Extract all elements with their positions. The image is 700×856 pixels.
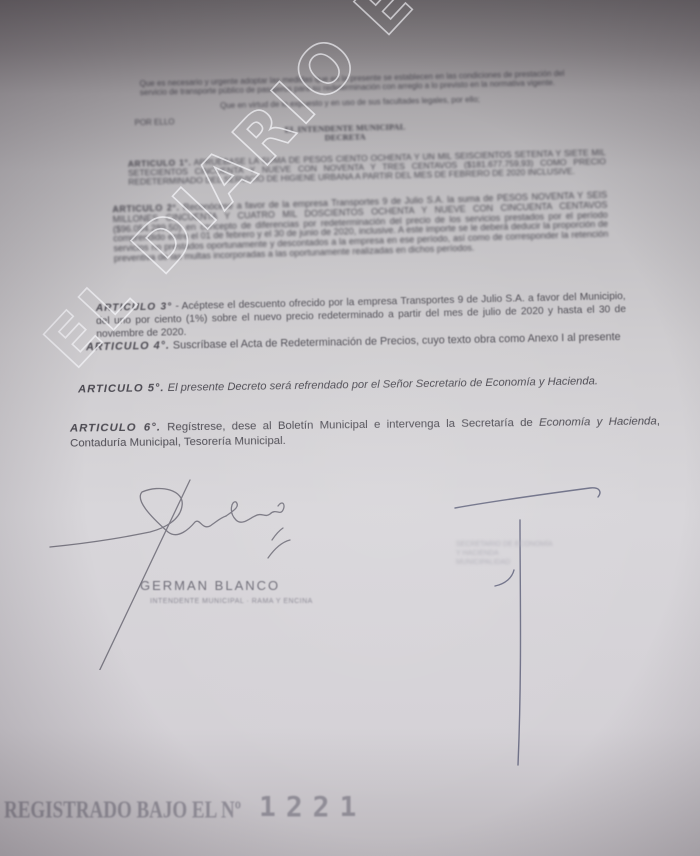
document-page: Que es necesario y urgente adoptar las m…: [0, 0, 700, 856]
article-6: ARTICULO 6°. Regístrese, dese al Boletín…: [70, 414, 660, 450]
stamp-line-1: Secretario de Economía: [456, 540, 606, 549]
article-6-text-b: Economía y Hacienda: [539, 415, 657, 428]
registry-stamp: REGISTRADO BAJO EL Nº1221: [4, 790, 366, 823]
stamp-secretary: Secretario de Economía y Hacienda Munici…: [456, 540, 606, 567]
registry-number: 1221: [259, 790, 366, 823]
article-5-text: El presente Decreto será refrendado por …: [164, 375, 598, 394]
registry-label: REGISTRADO BAJO EL Nº: [4, 797, 241, 825]
stamp-line-2: y Hacienda: [456, 549, 606, 558]
signer-name: GERMAN BLANCO: [140, 578, 280, 593]
signer-title: Intendente Municipal · Rama y Encina: [150, 598, 313, 605]
stamp-line-3: Municipalidad: [456, 558, 606, 567]
article-6-text-a: Regístrese, dese al Boletín Municipal e …: [161, 417, 539, 434]
signature-left-icon: [40, 470, 360, 670]
article-5: ARTICULO 5°. El presente Decreto será re…: [78, 374, 648, 397]
article-5-label: ARTICULO 5°.: [78, 382, 165, 395]
signature-right-icon: [440, 470, 700, 790]
article-6-label: ARTICULO 6°.: [70, 421, 161, 434]
